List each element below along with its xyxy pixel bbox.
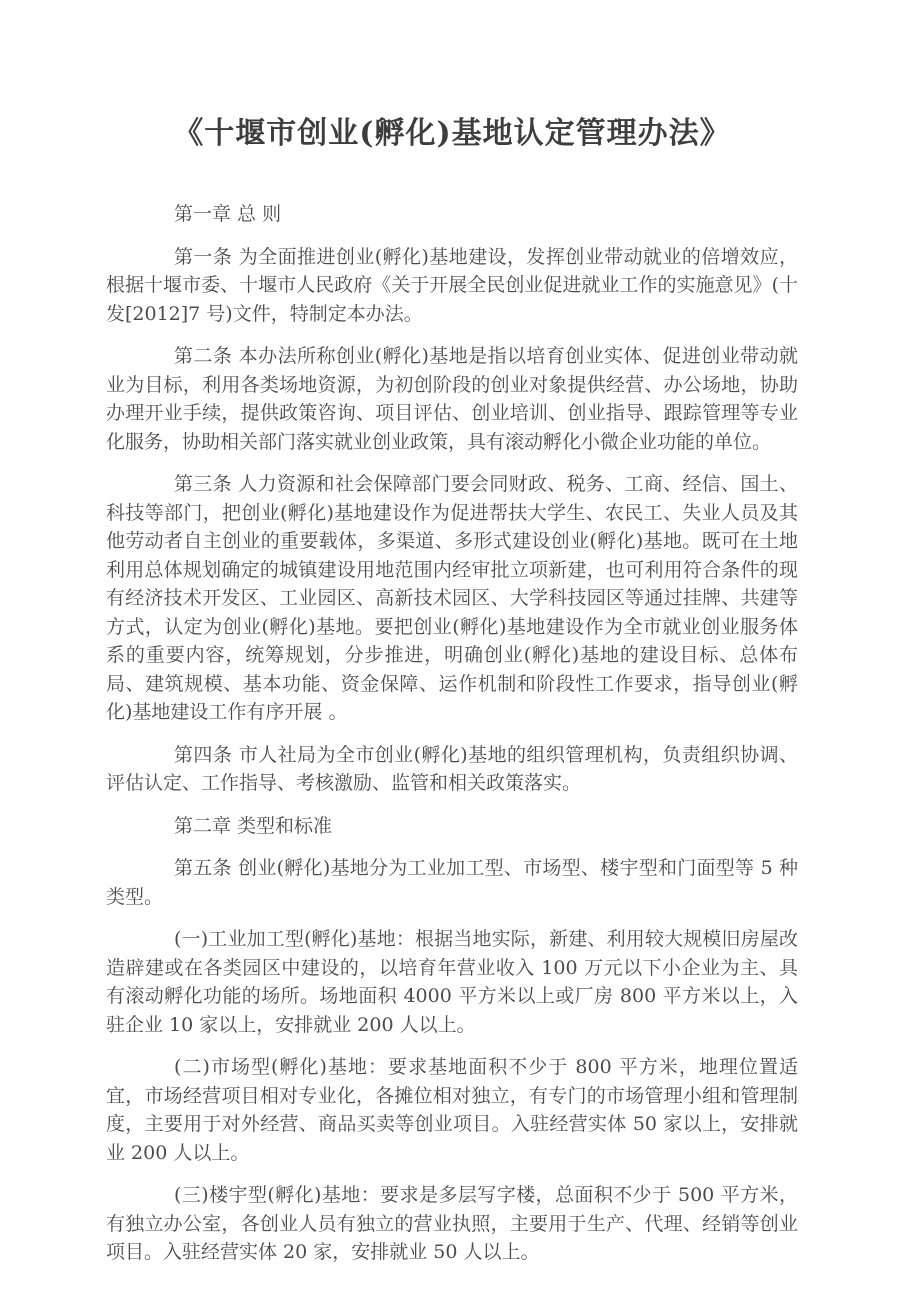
base-type-1-industrial-paragraph: (一)工业加工型(孵化)基地：根据当地实际，新建、利用较大规模旧房屋改造辟建或在…	[106, 925, 798, 1039]
article-4-paragraph: 第四条 市人社局为全市创业(孵化)基地的组织管理机构，负责组织协调、评估认定、工…	[106, 741, 798, 798]
chapter-heading-1: 第一章 总 则	[106, 200, 798, 229]
article-1-paragraph: 第一条 为全面推进创业(孵化)基地建设，发挥创业带动就业的倍增效应，根据十堰市委…	[106, 243, 798, 329]
document-content: 《十堰市创业(孵化)基地认定管理办法》 第一章 总 则 第一条 为全面推进创业(…	[106, 0, 798, 1281]
article-2-paragraph: 第二条 本办法所称创业(孵化)基地是指以培育创业实体、促进创业带动就业为目标，利…	[106, 342, 798, 456]
document-title: 《十堰市创业(孵化)基地认定管理办法》	[106, 112, 798, 156]
chapter-heading-2: 第二章 类型和标准	[106, 812, 798, 841]
base-type-2-market-paragraph: (二)市场型(孵化)基地：要求基地面积不少于 800 平方米，地理位置适宜，市场…	[106, 1053, 798, 1167]
document-page: 《十堰市创业(孵化)基地认定管理办法》 第一章 总 则 第一条 为全面推进创业(…	[0, 0, 920, 1302]
article-3-paragraph: 第三条 人力资源和社会保障部门要会同财政、税务、工商、经信、国土、科技等部门，把…	[106, 470, 798, 727]
base-type-3-building-paragraph: (三)楼宇型(孵化)基地：要求是多层写字楼，总面积不少于 500 平方米，有独立…	[106, 1181, 798, 1267]
article-5-paragraph: 第五条 创业(孵化)基地分为工业加工型、市场型、楼宇型和门面型等 5 种类型。	[106, 854, 798, 911]
